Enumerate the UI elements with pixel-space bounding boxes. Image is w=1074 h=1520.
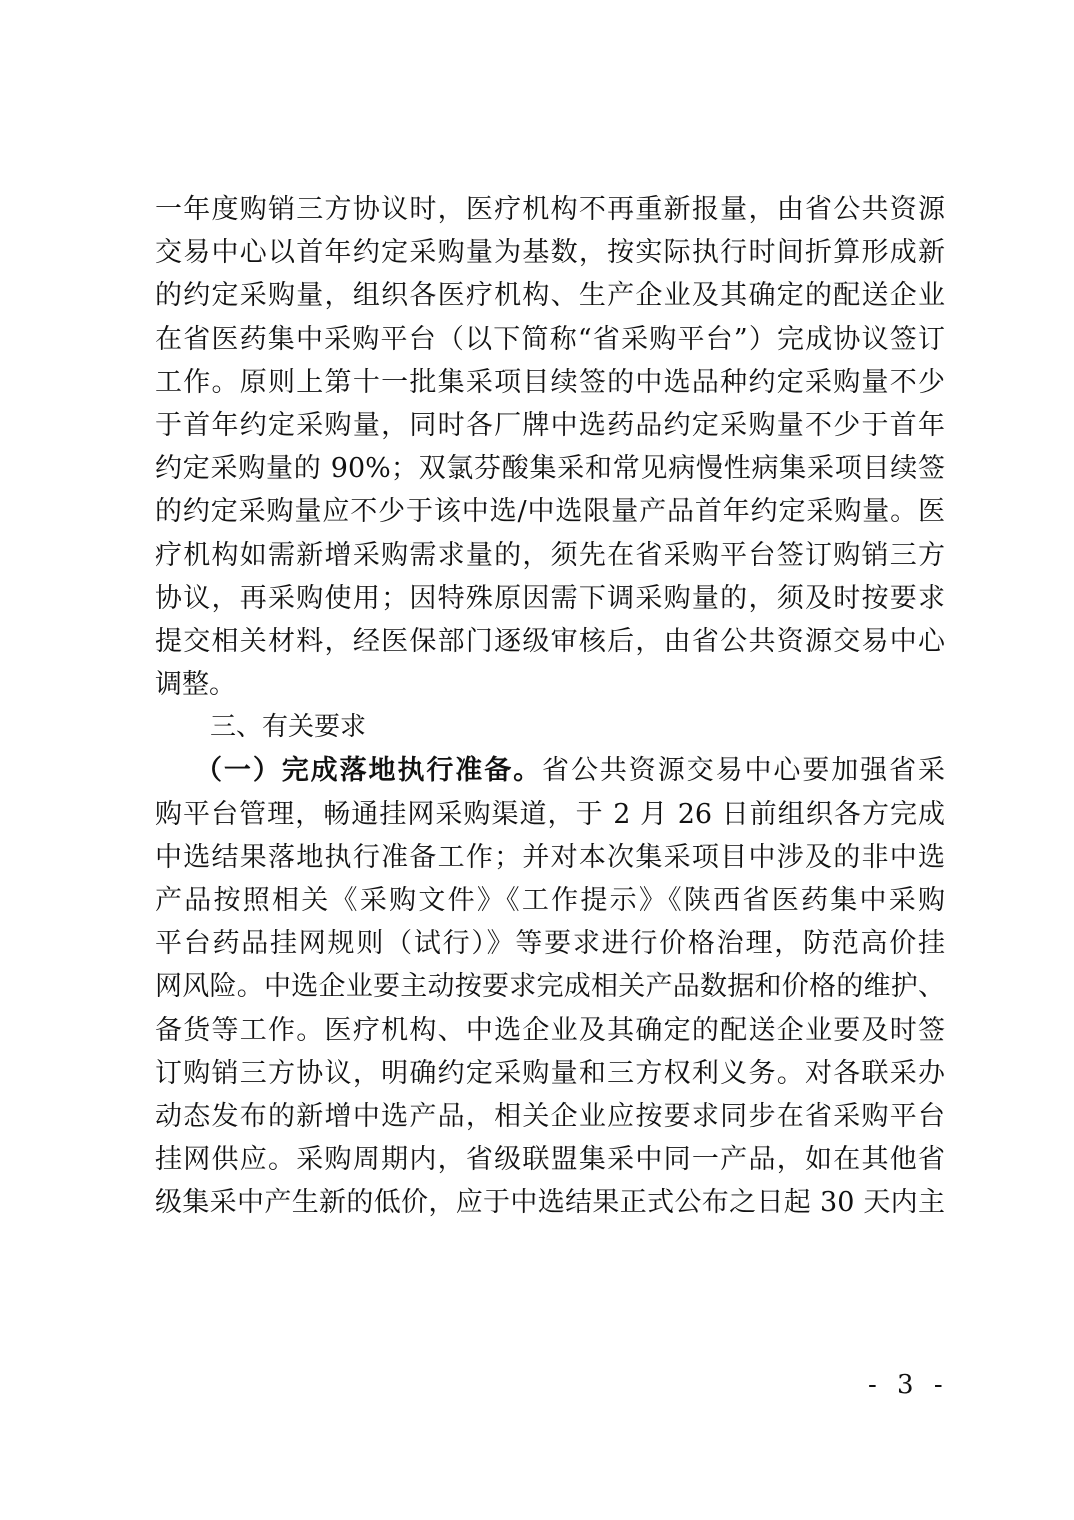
text-line: 调整。: [155, 663, 945, 706]
text-line: 的约定采购量，组织各医疗机构、生产企业及其确定的配送企业: [155, 274, 945, 317]
text-line: 中选结果落地执行准备工作；并对本次集采项目中涉及的非中选: [155, 836, 945, 879]
text-line: 订购销三方协议，明确约定采购量和三方权利义务。对各联采办: [155, 1052, 945, 1095]
page-number: - 3 -: [868, 1370, 949, 1400]
text-line: 备货等工作。医疗机构、中选企业及其确定的配送企业要及时签: [155, 1009, 945, 1052]
text-line: 提交相关材料，经医保部门逐级审核后，由省公共资源交易中心: [155, 620, 945, 663]
subsection-first-line-text: 省公共资源交易中心要加强省采: [542, 755, 945, 786]
text-line: 约定采购量的 90%；双氯芬酸集采和常见病慢性病集采项目续签: [155, 447, 945, 490]
text-line: 协议，再采购使用；因特殊原因需下调采购量的，须及时按要求: [155, 577, 945, 620]
text-line: 产品按照相关《采购文件》《工作提示》《陕西省医药集中采购: [155, 879, 945, 922]
text-line: 于首年约定采购量，同时各厂牌中选药品约定采购量不少于首年: [155, 404, 945, 447]
text-line: 交易中心以首年约定采购量为基数，按实际执行时间折算形成新: [155, 231, 945, 274]
text-line: 一年度购销三方协议时，医疗机构不再重新报量，由省公共资源: [155, 188, 945, 231]
text-line: 平台药品挂网规则（试行）》等要求进行价格治理，防范高价挂: [155, 922, 945, 965]
text-line: 动态发布的新增中选产品，相关企业应按要求同步在省采购平台: [155, 1095, 945, 1138]
subsection-title: （一）完成落地执行准备。: [195, 755, 542, 786]
text-line: 购平台管理，畅通挂网采购渠道，于 2 月 26 日前组织各方完成: [155, 793, 945, 836]
text-line: 的约定采购量应不少于该中选/中选限量产品首年约定采购量。医: [155, 490, 945, 533]
text-line: 在省医药集中采购平台（以下简称“省采购平台”）完成协议签订: [155, 318, 945, 361]
text-line: 工作。原则上第十一批集采项目续签的中选品种约定采购量不少: [155, 361, 945, 404]
text-line: 网风险。中选企业要主动按要求完成相关产品数据和价格的维护、: [155, 965, 945, 1008]
text-line: 级集采中产生新的低价，应于中选结果正式公布之日起 30 天内主: [155, 1181, 945, 1224]
text-line: 疗机构如需新增采购需求量的，须先在省采购平台签订购销三方: [155, 534, 945, 577]
section-heading: 三、有关要求: [155, 706, 945, 749]
text-line: 挂网供应。采购周期内，省级联盟集采中同一产品，如在其他省: [155, 1138, 945, 1181]
document-page: 一年度购销三方协议时，医疗机构不再重新报量，由省公共资源 交易中心以首年约定采购…: [0, 0, 1074, 1520]
document-body: 一年度购销三方协议时，医疗机构不再重新报量，由省公共资源 交易中心以首年约定采购…: [155, 188, 945, 1225]
subsection-first-line: （一）完成落地执行准备。省公共资源交易中心要加强省采: [155, 749, 945, 792]
